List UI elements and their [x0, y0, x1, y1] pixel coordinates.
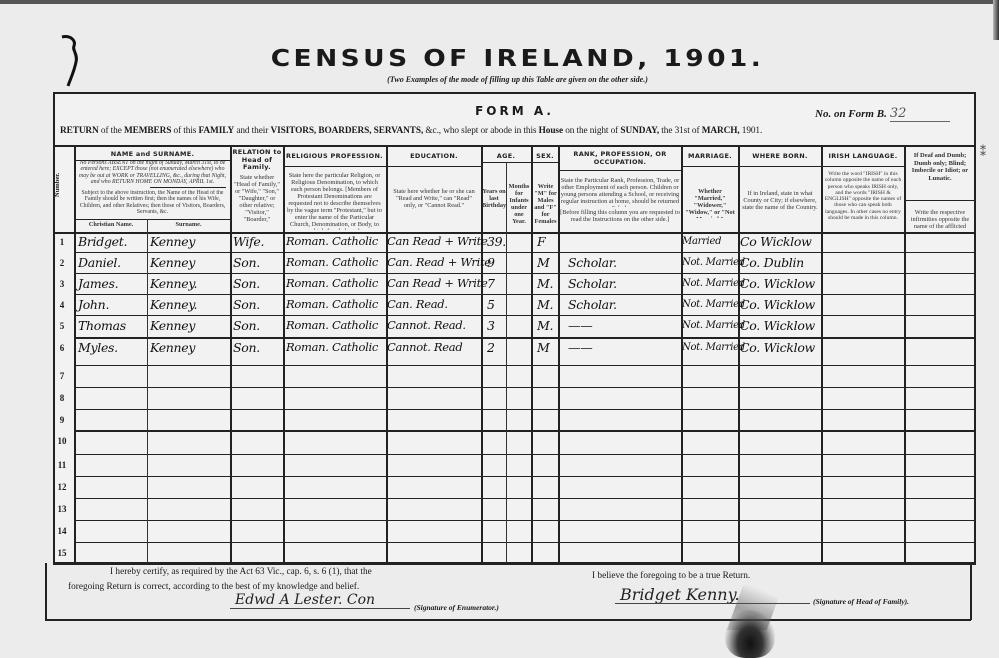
marriage-cell[interactable]: Not. Married: [682, 257, 745, 268]
grid-line: [822, 166, 905, 167]
return-description: RETURN of the MEMBERS of this FAMILY and…: [60, 126, 970, 136]
education-cell[interactable]: Cannot. Read.: [387, 318, 466, 332]
row-number: 13: [55, 504, 69, 514]
header-sex-note: Write "M" for Males and "F" for Females: [533, 183, 558, 223]
header-age-months: Months for Infants under one Year.: [507, 183, 531, 223]
where-born-cell[interactable]: Co. Wicklow: [740, 340, 815, 355]
header-number: Number.: [54, 165, 68, 205]
where-born-cell[interactable]: Co. Wicklow: [740, 276, 815, 291]
occupation-cell[interactable]: Scholar.: [568, 297, 617, 312]
scan-edge-top: [0, 0, 999, 4]
grid-line: [75, 337, 975, 339]
grid-line: [75, 252, 975, 253]
surname-cell[interactable]: Kenney: [150, 234, 195, 249]
grid-line: [905, 200, 975, 201]
surname-cell[interactable]: Kenney.: [150, 276, 197, 291]
enumerator-signature-line: [230, 608, 410, 609]
grid-line: [821, 145, 823, 563]
relation-cell[interactable]: Wife.: [233, 234, 264, 249]
header-occupation-note1: State the Particular Rank, Profession, T…: [560, 177, 680, 207]
age-years-cell[interactable]: 7: [487, 276, 495, 291]
header-age-title: AGE.: [481, 153, 531, 161]
header-irish-title: IRISH LANGUAGE.: [822, 153, 904, 161]
marriage-cell[interactable]: Not. Married: [682, 342, 745, 353]
footer-left-rule: [45, 563, 47, 620]
where-born-cell[interactable]: Co Wicklow: [740, 234, 812, 249]
where-born-cell[interactable]: Co. Wicklow: [740, 318, 815, 333]
row-number: 11: [55, 460, 69, 470]
sex-cell[interactable]: M.: [537, 276, 553, 291]
education-cell[interactable]: Can. Read + Write: [387, 255, 491, 269]
grid-line: [386, 166, 481, 167]
enumerator-signature: Edwd A Lester. Con: [235, 592, 375, 608]
head-signature-label: (Signature of Head of Family).: [813, 597, 909, 606]
header-relation-note: State whether "Head of Family," or "Wife…: [232, 174, 282, 224]
header-surname: Surname.: [147, 221, 230, 229]
religion-cell[interactable]: Roman. Catholic: [286, 255, 378, 269]
row-number: 14: [55, 526, 69, 536]
grid-line: [53, 563, 976, 565]
grid-line: [386, 145, 388, 563]
surname-cell[interactable]: Kenney: [150, 340, 195, 355]
grid-line: [283, 166, 386, 167]
occupation-cell[interactable]: ——: [568, 340, 592, 355]
grid-line: [74, 145, 76, 563]
surname-cell[interactable]: Kenney: [150, 318, 195, 333]
form-b-label: No. on Form B.: [815, 108, 887, 120]
where-born-cell[interactable]: Co. Wicklow: [740, 297, 815, 312]
row-number: 1: [55, 237, 69, 247]
first-name-cell[interactable]: Myles.: [78, 340, 118, 355]
occupation-cell[interactable]: ——: [568, 318, 592, 333]
sex-cell[interactable]: M.: [537, 318, 553, 333]
document-subtitle: (Two Examples of the mode of filling up …: [0, 75, 999, 84]
head-signature: Bridget Kenny.: [620, 585, 740, 604]
occupation-cell[interactable]: Scholar.: [568, 255, 617, 270]
sex-cell[interactable]: M.: [537, 297, 553, 312]
row-number: 5: [55, 321, 69, 331]
grid-line: [75, 542, 975, 543]
header-infirm-title: If Deaf and Dumb; Dumb only; Blind; Imbe…: [905, 152, 975, 197]
surname-cell[interactable]: Kenney.: [150, 297, 197, 312]
relation-cell[interactable]: Son.: [233, 340, 260, 355]
form-b-number-field: No. on Form B.32: [815, 106, 950, 122]
first-name-cell[interactable]: Daniel.: [78, 255, 121, 270]
header-name-note2: Subject to the above instruction, the Na…: [77, 190, 228, 220]
marriage-cell[interactable]: Married: [682, 236, 721, 247]
enumerator-cert-line2: foregoing Return is correct, according t…: [68, 582, 359, 592]
grid-line: [682, 166, 739, 167]
education-cell[interactable]: Cannot. Read: [387, 340, 462, 354]
first-name-cell[interactable]: Bridget.: [78, 234, 127, 249]
where-born-cell[interactable]: Co. Dublin: [740, 255, 804, 270]
grid-line: [75, 387, 975, 388]
enumerator-signature-label: (Signature of Enumerator.): [414, 603, 499, 612]
header-age-years: Years on last Birthday.: [482, 188, 506, 218]
grid-line: [558, 145, 560, 563]
header-born-note: If in Ireland, state in what County or C…: [741, 190, 819, 216]
marriage-cell[interactable]: Not. Married: [682, 278, 745, 289]
surname-cell[interactable]: Kenney: [150, 255, 195, 270]
grid-line: [559, 170, 681, 171]
marriage-cell[interactable]: Not. Married: [682, 320, 745, 331]
row-number: 3: [55, 279, 69, 289]
grid-line: [75, 430, 975, 432]
ink-blot: [725, 610, 775, 658]
grid-line: [904, 145, 906, 563]
header-relation-title: RELATION to Head of Family.: [231, 149, 283, 172]
sex-cell[interactable]: F: [537, 234, 545, 249]
row-number: 7: [55, 371, 69, 381]
grid-line: [75, 520, 975, 521]
header-occupation-title: RANK, PROFESSION, OR OCCUPATION.: [559, 151, 681, 166]
header-marriage-title: MARRIAGE.: [682, 153, 738, 161]
grid-line: [75, 498, 975, 499]
head-signature-line: [615, 603, 810, 604]
marriage-cell[interactable]: Not. Married: [682, 299, 745, 310]
religion-cell[interactable]: Roman. Catholic: [286, 234, 378, 248]
occupation-cell[interactable]: Scholar.: [568, 276, 617, 291]
row-number: 8: [55, 393, 69, 403]
relation-cell[interactable]: Son.: [233, 318, 260, 333]
row-number: 9: [55, 415, 69, 425]
religion-cell[interactable]: Roman. Catholic: [286, 318, 378, 332]
religion-cell[interactable]: Roman. Catholic: [286, 276, 378, 290]
grid-line: [147, 219, 148, 563]
grid-line: [75, 409, 975, 410]
header-marriage-note: Whether "Married," "Widower," "Widow," o…: [683, 188, 737, 218]
header-education-note: State here whether he or she can "Read a…: [390, 188, 478, 218]
header-name-title: NAME and SURNAME.: [75, 151, 230, 159]
age-years-cell[interactable]: 39.: [487, 234, 506, 249]
row-number: 15: [55, 548, 69, 558]
relation-cell[interactable]: Son.: [233, 276, 260, 291]
religion-cell[interactable]: Roman. Catholic: [286, 340, 378, 354]
header-infirm-note: Write the respective infirmities opposit…: [905, 209, 975, 231]
first-name-cell[interactable]: Thomas: [78, 318, 126, 333]
document-title: CENSUS OF IRELAND, 1901.: [0, 46, 999, 72]
scan-edge-right: [993, 0, 999, 40]
row-number: 4: [55, 300, 69, 310]
header-born-title: WHERE BORN.: [739, 153, 821, 161]
row-number: 12: [55, 482, 69, 492]
header-sex-title: SEX.: [532, 153, 558, 161]
edge-mark: ⁑: [980, 145, 986, 160]
grid-line: [739, 166, 822, 167]
age-years-cell[interactable]: 3: [487, 318, 495, 333]
header-education-title: EDUCATION.: [387, 153, 481, 161]
grid-line: [75, 315, 975, 316]
relation-cell[interactable]: Son.: [233, 297, 260, 312]
grid-line: [75, 294, 975, 295]
education-cell[interactable]: Can Read + Write: [387, 276, 487, 290]
sex-cell[interactable]: M: [537, 340, 550, 355]
grid-line: [53, 145, 976, 147]
row-number: 2: [55, 258, 69, 268]
religion-cell[interactable]: Roman. Catholic: [286, 297, 378, 311]
age-years-cell[interactable]: 2: [487, 340, 495, 355]
header-religion-title: RELIGIOUS PROFESSION.: [283, 153, 386, 161]
grid-line: [531, 162, 559, 163]
grid-line: [75, 476, 975, 477]
form-b-number: 32: [890, 106, 950, 122]
grid-line: [75, 365, 975, 366]
education-cell[interactable]: Can. Read.: [387, 297, 448, 311]
first-name-cell[interactable]: John.: [78, 297, 109, 312]
row-number: 10: [55, 436, 69, 446]
row-number: 6: [55, 343, 69, 353]
head-cert: I believe the foregoing to be a true Ret…: [592, 571, 750, 581]
education-cell[interactable]: Can Read + Write: [387, 234, 487, 248]
header-christian-name: Christian Name.: [75, 221, 147, 229]
relation-cell[interactable]: Son.: [233, 255, 260, 270]
header-irish-note: Write the word "IRISH" in this column op…: [824, 171, 902, 229]
grid-line: [75, 454, 975, 455]
enumerator-cert-line1: I hereby certify, as required by the Act…: [110, 567, 372, 577]
first-name-cell[interactable]: James.: [78, 276, 118, 291]
header-religion-note: State here the particular Religion, or R…: [285, 172, 384, 230]
footer-right-rule: [970, 563, 972, 620]
footer-bottom-rule: [45, 619, 971, 621]
age-years-cell[interactable]: 9: [487, 255, 495, 270]
header-occupation-note2: [Before filling this column you are requ…: [560, 209, 680, 225]
grid-line: [75, 273, 975, 274]
sex-cell[interactable]: M: [537, 255, 550, 270]
age-years-cell[interactable]: 5: [487, 297, 495, 312]
